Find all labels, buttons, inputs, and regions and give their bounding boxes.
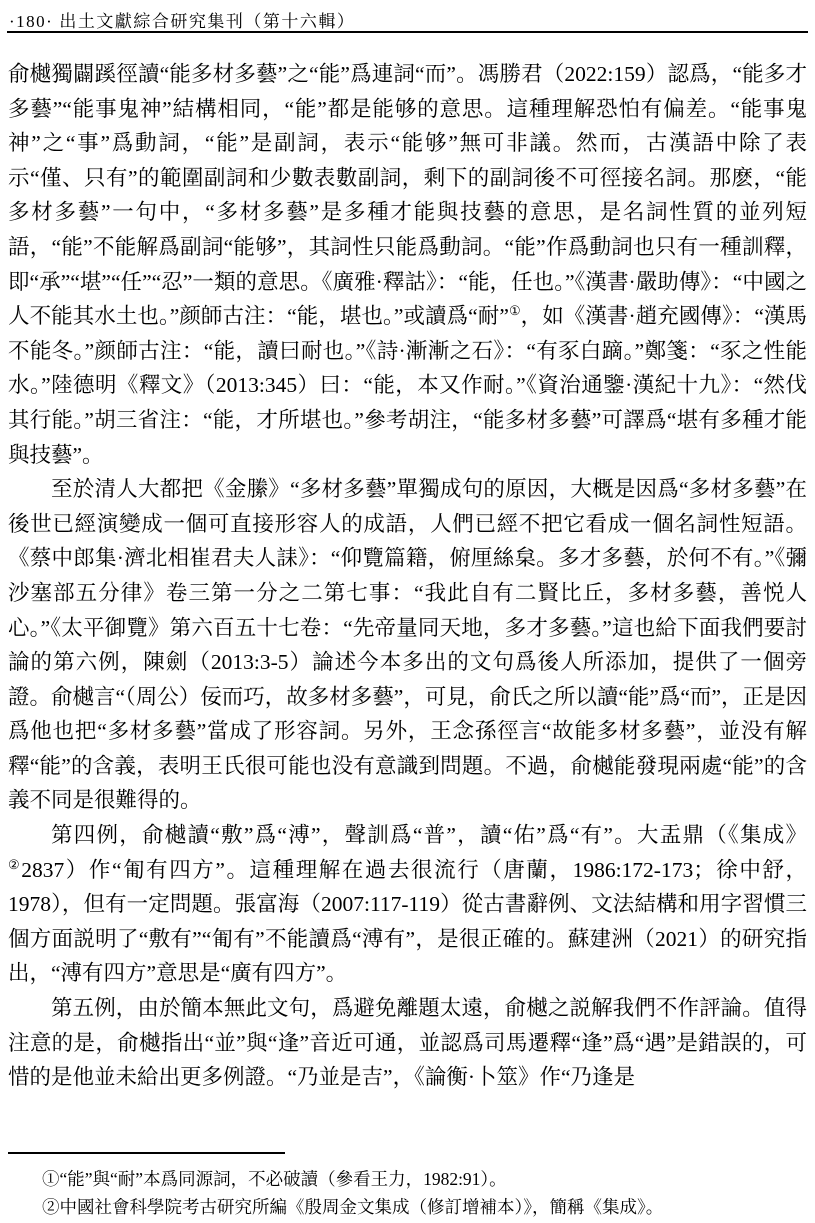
paragraph: 俞樾獨闢蹊徑讀“能多材多藝”之“能”爲連詞“而”。馮勝君（2022:159）認爲… [8, 57, 807, 472]
footnote-ref: ② [8, 857, 21, 872]
page-number: ·180· [9, 12, 53, 31]
footnote-list: ①“能”與“耐”本爲同源詞，不必破讀（參看王力，1982:91）。②中國社會科學… [8, 1166, 807, 1221]
header-rule [7, 31, 808, 33]
footnote-text: “能”與“耐”本爲同源詞，不必破讀（參看王力，1982:91）。 [60, 1169, 507, 1189]
journal-page: ·180·出土文獻綜合研究集刊（第十六輯） 俞樾獨闢蹊徑讀“能多材多藝”之“能”… [0, 0, 815, 1223]
footnote-separator [8, 1152, 285, 1154]
footnote-marker: ② [42, 1197, 60, 1217]
footnote-marker: ① [42, 1169, 60, 1189]
body-paragraphs: 俞樾獨闢蹊徑讀“能多材多藝”之“能”爲連詞“而”。馮勝君（2022:159）認爲… [8, 57, 807, 1095]
paragraph: 至於清人大都把《金縢》“多材多藝”單獨成句的原因，大概是因爲“多材多藝”在後世已… [8, 472, 807, 818]
footnote-text: 中國社會科學院考古研究所編《殷周金文集成（修訂增補本）》，簡稱《集成》。 [60, 1197, 664, 1217]
paragraph: 第五例，由於簡本無此文句，爲避免離題太遠，俞樾之説解我們不作評論。值得注意的是，… [8, 991, 807, 1095]
footnote-ref: ① [509, 303, 521, 318]
footnote-item: ②中國社會科學院考古研究所編《殷周金文集成（修訂增補本）》，簡稱《集成》。 [8, 1194, 807, 1222]
page-header: ·180·出土文獻綜合研究集刊（第十六輯） [9, 7, 807, 32]
paragraph: 第四例，俞樾讀“敷”爲“溥”，聲訓爲“普”，讀“佑”爲“有”。大盂鼎（《集成》②… [8, 818, 807, 991]
journal-title: 出土文獻綜合研究集刊（第十六輯） [59, 12, 355, 31]
footnotes-section: ①“能”與“耐”本爲同源詞，不必破讀（參看王力，1982:91）。②中國社會科學… [8, 1152, 807, 1221]
footnote-item: ①“能”與“耐”本爲同源詞，不必破讀（參看王力，1982:91）。 [8, 1166, 807, 1194]
